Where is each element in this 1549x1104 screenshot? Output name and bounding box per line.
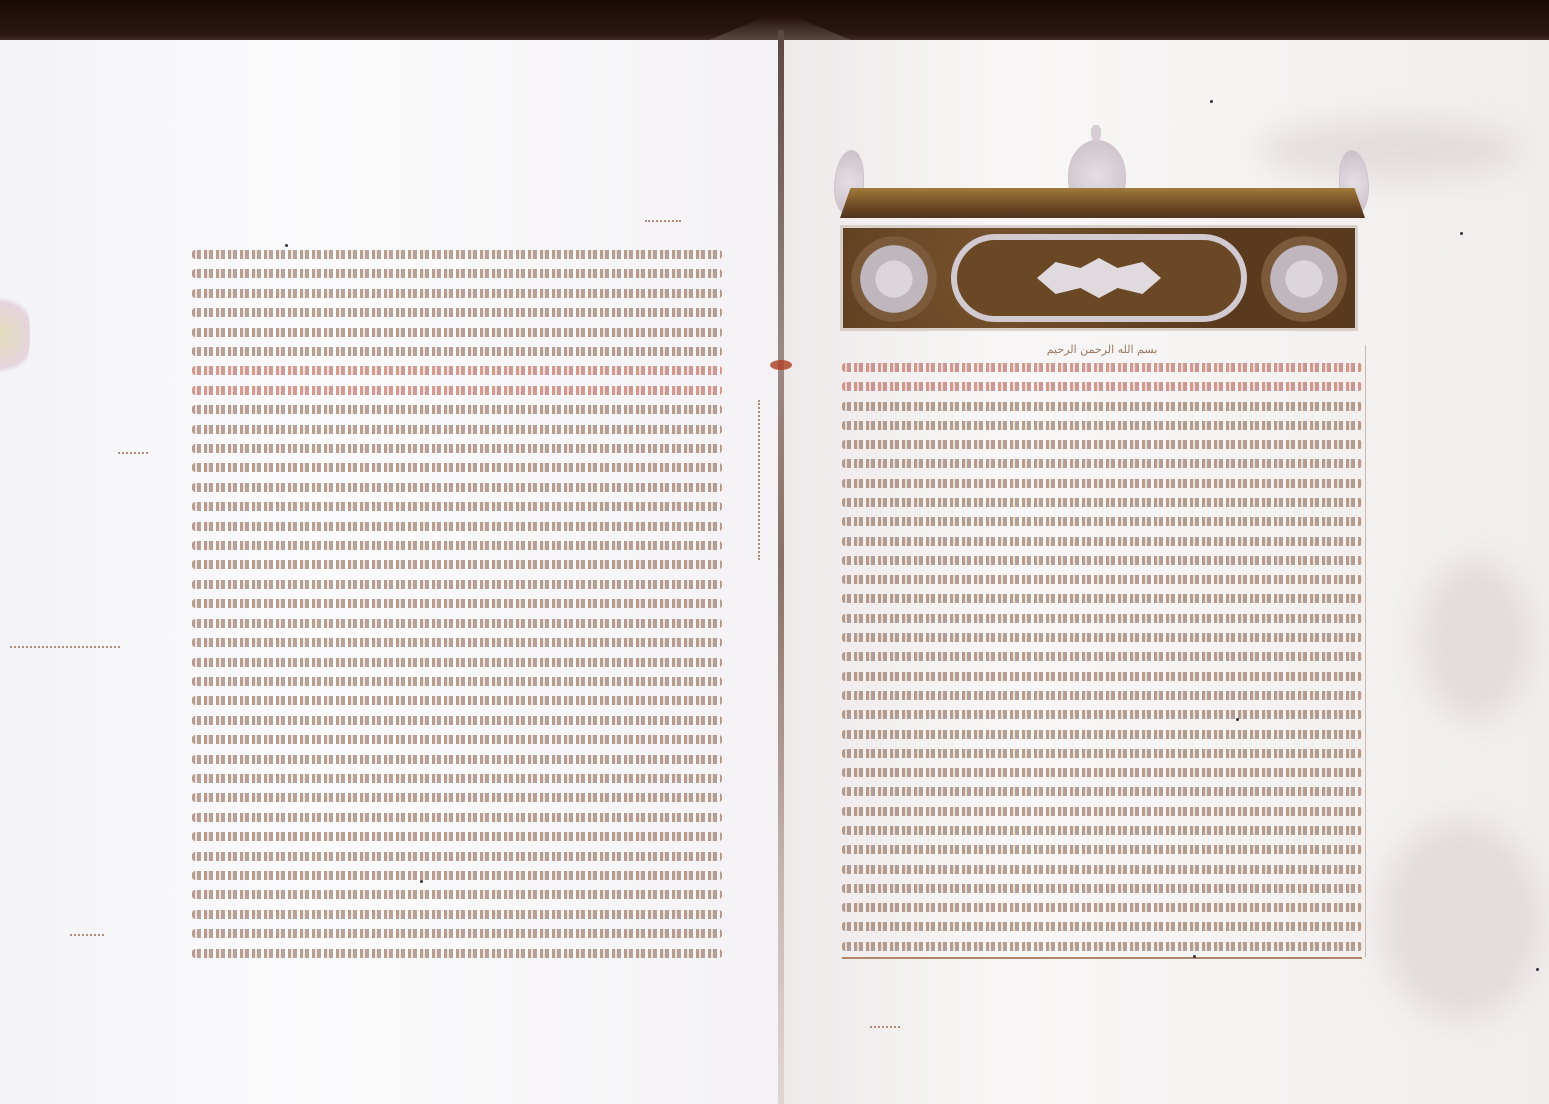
script-line [842, 575, 1362, 584]
ink-speck [420, 880, 423, 883]
script-line [842, 633, 1362, 642]
script-line [842, 826, 1362, 835]
script-line [842, 498, 1362, 507]
script-line [192, 483, 722, 492]
script-line [192, 522, 722, 531]
illuminated-headpiece [840, 120, 1365, 332]
script-line [192, 793, 722, 802]
gutter-fold [778, 30, 784, 1104]
script-line [842, 479, 1362, 488]
headpiece-panel [840, 225, 1358, 331]
script-line [192, 910, 722, 919]
script-line [192, 813, 722, 822]
script-line [192, 580, 722, 589]
script-line [842, 865, 1362, 874]
script-line [192, 405, 722, 414]
script-line [192, 463, 722, 472]
script-line [192, 755, 722, 764]
script-line [192, 619, 722, 628]
script-line [192, 347, 722, 356]
script-line [842, 537, 1362, 546]
script-line [842, 517, 1362, 526]
seal-stamp-fragment [0, 290, 30, 380]
ink-speck [1536, 968, 1539, 971]
ink-speck [1460, 232, 1463, 235]
script-line [192, 852, 722, 861]
script-line [842, 749, 1362, 758]
script-line [842, 594, 1362, 603]
gutter-marginal-note [758, 400, 770, 560]
marginal-note [70, 900, 104, 936]
script-line [192, 774, 722, 783]
script-line [842, 672, 1362, 681]
central-cartouche [951, 234, 1247, 322]
script-line [192, 638, 722, 647]
marginal-note [645, 208, 681, 222]
script-line [192, 289, 722, 298]
right-rosette-ornament [1261, 236, 1347, 322]
script-line [842, 440, 1362, 449]
right-text-block: بسم الله الرحمن الرحيم [842, 345, 1362, 959]
script-line [192, 560, 722, 569]
script-line [192, 328, 722, 337]
script-line [842, 768, 1362, 777]
ink-speck [285, 244, 288, 247]
script-line [192, 269, 722, 278]
left-text-block [192, 242, 722, 964]
catchword [870, 1012, 900, 1028]
script-line [842, 691, 1362, 700]
script-line [192, 658, 722, 667]
script-line [192, 871, 722, 880]
left-rosette-ornament [851, 236, 937, 322]
script-line [842, 922, 1362, 931]
script-line [192, 677, 722, 686]
ink-speck [1193, 955, 1196, 958]
script-line [842, 614, 1362, 623]
script-line [192, 386, 722, 395]
frame-ruling-line [1365, 345, 1366, 957]
script-line [192, 599, 722, 608]
marginal-note [10, 634, 120, 648]
script-line [192, 425, 722, 434]
water-stain [1380, 820, 1540, 1020]
script-line [842, 807, 1362, 816]
script-line [192, 735, 722, 744]
gutter-thread-mark [770, 360, 792, 370]
script-line [192, 541, 722, 550]
script-line [842, 730, 1362, 739]
script-line [192, 696, 722, 705]
script-line [842, 903, 1362, 912]
script-line [842, 710, 1362, 719]
script-line [842, 459, 1362, 468]
script-line [842, 421, 1362, 430]
script-line [192, 250, 722, 259]
ink-speck [1236, 718, 1239, 721]
script-line [842, 942, 1362, 951]
script-line [192, 949, 722, 958]
marginal-note [118, 438, 148, 454]
script-line [192, 832, 722, 841]
script-line [842, 402, 1362, 411]
script-line [192, 366, 722, 375]
script-line [842, 845, 1362, 854]
ink-speck [1210, 100, 1213, 103]
script-line [842, 382, 1362, 391]
headpiece-gold-band [840, 188, 1365, 218]
script-line [192, 890, 722, 899]
script-line [192, 502, 722, 511]
script-line [192, 308, 722, 317]
script-line [842, 884, 1362, 893]
water-stain [1420, 560, 1530, 720]
cartouche-medallion [1037, 258, 1161, 298]
basmala-heading: بسم الله الرحمن الرحيم [842, 343, 1362, 357]
script-line [842, 652, 1362, 661]
script-line [842, 556, 1362, 565]
script-line [192, 929, 722, 938]
script-line [192, 444, 722, 453]
script-line [192, 716, 722, 725]
script-line [842, 787, 1362, 796]
script-line [842, 363, 1362, 372]
